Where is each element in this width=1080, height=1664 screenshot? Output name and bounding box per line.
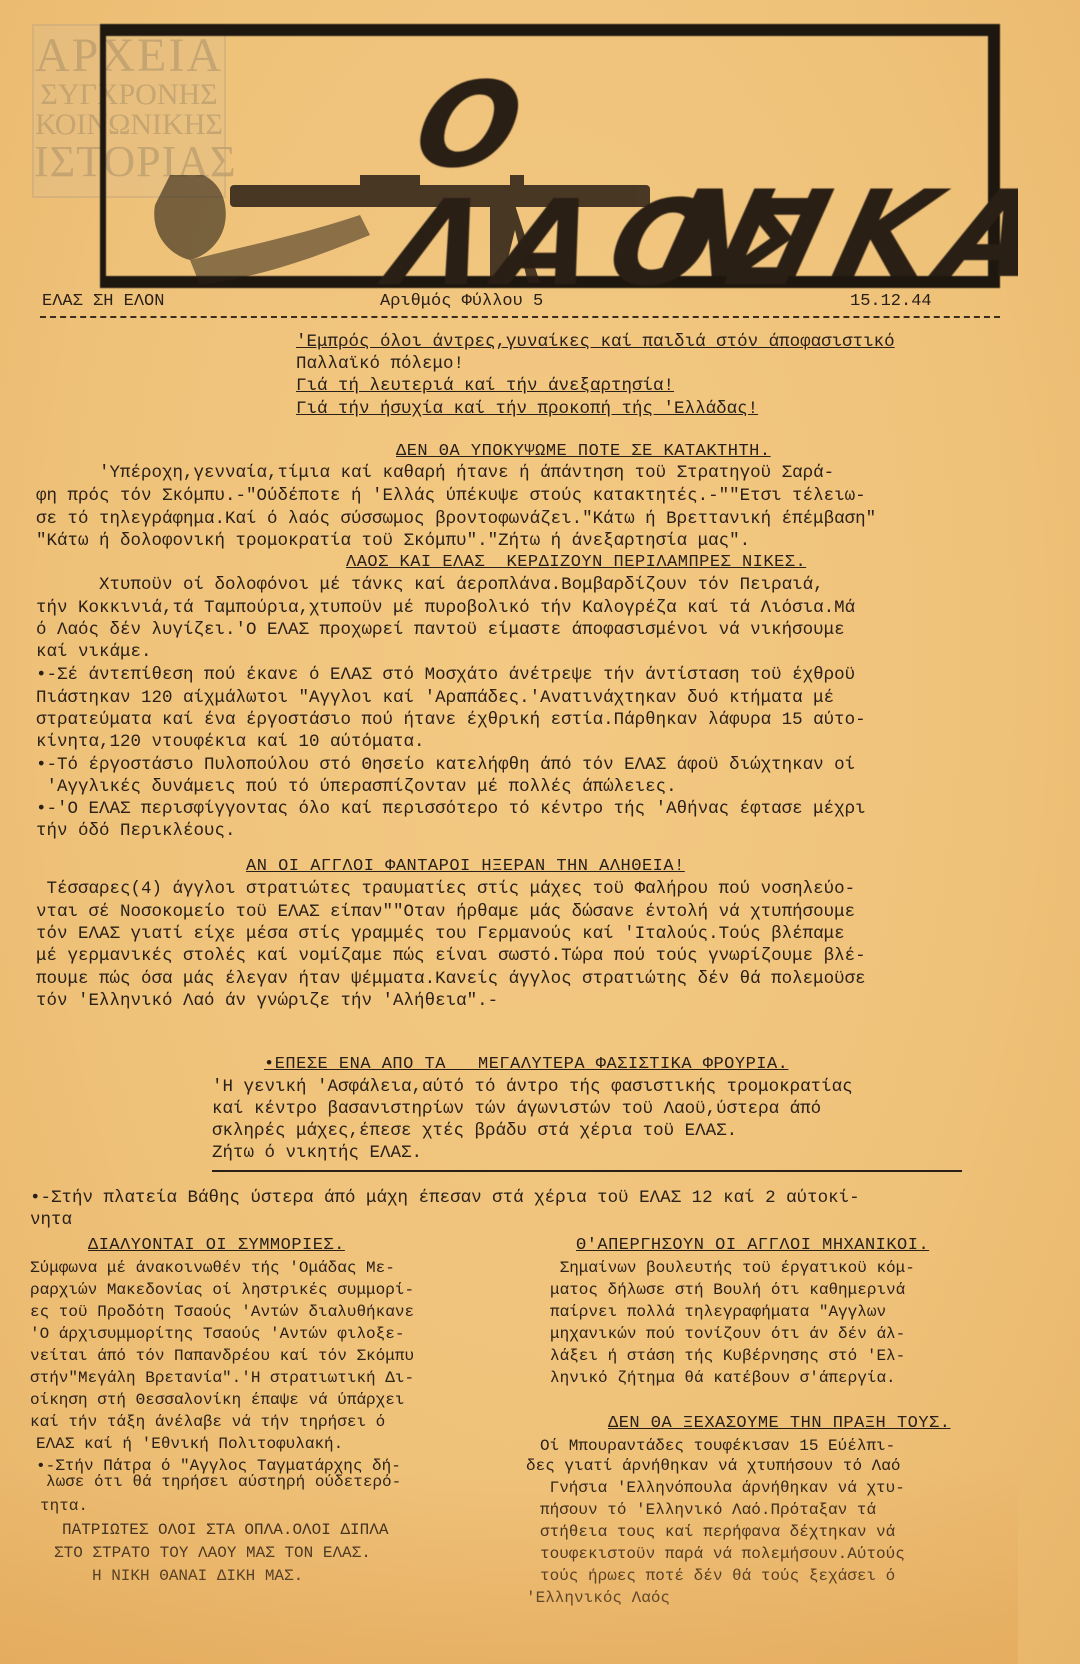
article-line: ΕΛΑΣ καί ή 'Εθνική Πολιτοφυλακή. (36, 1434, 343, 1455)
article-line: σκληρές μάχες,έπεσε χτές βράδυ στά χέρια… (212, 1121, 737, 1142)
soldier-with-machine-gun-illustration (130, 175, 690, 285)
article-line: μηχανικών πού τονίζουν ότι άν δέν άλ- (550, 1324, 905, 1345)
newspaper-page: ΑΡΧΕΙΑ ΣΥΓΧΡΟΝΗΣ ΚΟΙΝΩΝΙΚΗΣ ΙΣΤΟΡΙΑΣ Ο Λ… (0, 0, 1018, 1664)
article-line: Τέσσαρες(4) άγγλοι στρατιώτες τραυματίες… (36, 879, 855, 900)
article-headline: ΔΙΑΛΥΟΝΤΑΙ ΟΙ ΣΥΜΜΟΡΙΕΣ. (88, 1236, 345, 1255)
slogan-line: Γιά τή λευτεριά καί τήν άνεξαρτησία! (296, 376, 674, 397)
article-headline: •ΕΠΕΣΕ ΕΝΑ ΑΠΟ ΤΑ ΜΕΓΑΛΥΤΕΡΑ ΦΑΣΙΣΤΙΚΑ Φ… (264, 1055, 788, 1074)
article-line: 'Υπέροχη,γενναία,τίμια καί καθαρή ήτανε … (36, 463, 834, 484)
article-headline: ΔΕΝ ΘΑ ΥΠΟΚΥΨΩΜΕ ΠΟΤΕ ΣΕ ΚΑΤΑΚΤΗΤΗ. (396, 442, 771, 461)
article-line: •-Σέ άντεπίθεση πού έκανε ό ΕΛΑΣ στό Μοσ… (36, 665, 855, 686)
article-line: ληνικό ζήτημα θά κατέβουν σ'άπεργία. (550, 1368, 896, 1389)
article-line: νείται άπό τόν Παπανδρέου καί τόν Σκόμπυ (30, 1346, 414, 1367)
article-line: 'Η γενική 'Ασφάλεια,αύτό τό άντρο τής φα… (212, 1077, 853, 1098)
article-line: Ζήτω ό νικητής ΕΛΑΣ. (212, 1143, 422, 1164)
article-line: τήν Κοκκινιά,τά Ταμπούρια,χτυποϋν μέ πυρ… (36, 598, 855, 619)
article-line: •-'Ο ΕΛΑΣ περισφίγγοντας όλο καί περισσό… (36, 799, 866, 820)
article-headline: ΛΑΟΣ ΚΑΙ ΕΛΑΣ ΚΕΡΔΙΖΟΥΝ ΠΕΡΙΛΑΜΠΡΕΣ ΝΙΚΕ… (346, 553, 806, 572)
article-line: στήν"Μεγάλη Βρετανία".'Η στρατιωτική Δι- (30, 1368, 414, 1389)
article-line: •-Στήν πλατεία Βάθης ύστερα άπό μάχη έπε… (30, 1188, 860, 1209)
article-line: 'Αγγλικές δυνάμεις πού τό ύπερασπίζονταν… (36, 777, 677, 798)
dateline-edition: ΕΛΑΣ ΣΗ ΕΛΟΝ (42, 292, 164, 311)
article-line: ραρχιών Μακεδονίας οί ληστρικές συμμορί- (30, 1280, 414, 1301)
article-line: πουμε πώς όσα μάς έλεγαν ήταν ψέμματα.Κα… (36, 969, 866, 990)
article-line: ες τοϋ Προδότη Τσαούς 'Αντών διαλυθήκανε (30, 1302, 414, 1323)
article-line: λάξει ή στάση τής Κυβέρνησης στό 'Ελ- (550, 1346, 905, 1367)
article-line: παίρνει πολλά τηλεγραφήματα "Αγγλων (550, 1302, 886, 1323)
section-divider (212, 1170, 962, 1172)
dateline: ΕΛΑΣ ΣΗ ΕΛΟΝ Αριθμός Φύλλου 5 15.12.44 (40, 292, 1000, 318)
article-line: τήν όδό Περικλέους. (36, 821, 236, 842)
slogan-line: Γιά τήν ήσυχία καί τήν προκοπή τής 'Ελλά… (296, 399, 758, 420)
article-line: ό Λαός δέν λυγίζει.'Ο ΕΛΑΣ προχωρεί παντ… (36, 620, 845, 641)
article-line: Χτυποϋν οί δολοφόνοι μέ τάνκς καί άεροπλ… (36, 575, 824, 596)
article-line: "Κάτω ή δολοφονική τρομοκρατία τοϋ Σκόμπ… (36, 531, 750, 552)
article-line: φη πρός τόν Σκόμπυ.-"Ούδέποτε ή 'Ελλάς ύ… (36, 486, 866, 507)
article-line: Οί Μπουραντάδες τουφέκισαν 15 Εύέλπι- (540, 1436, 895, 1457)
article-headline: Θ'ΑΠΕΡΓΗΣΟΥΝ ΟΙ ΑΓΓΛΟΙ ΜΗΧΑΝΙΚΟΙ. (576, 1236, 929, 1255)
article-line: κίνητα,120 ντουφέκια καί 10 αύτόματα. (36, 732, 425, 753)
article-headline: ΔΕΝ ΘΑ ΞΕΧΑΣΟΥΜΕ ΤΗΝ ΠΡΑΞΗ ΤΟΥΣ. (608, 1414, 950, 1433)
article-line: μέ γερμανικές στολές καί νομίζαμε πώς εί… (36, 946, 866, 967)
article-line: Πιάστηκαν 120 αίχμάλωτοι "Αγγλοι καί 'Αρ… (36, 688, 834, 709)
masthead-title-line2: ΝΙΚΑ (651, 176, 1018, 296)
slogan-line: 'Εμπρός όλοι άντρες,γυναίκες καί παιδιά … (296, 332, 895, 353)
issue-date: 15.12.44 (850, 292, 932, 311)
article-line: τόν 'Ελληνικό Λαό άν γνώριζε τήν 'Αλήθει… (36, 991, 498, 1012)
paper-stain (0, 1464, 1018, 1664)
issue-number: Αριθμός Φύλλου 5 (380, 292, 543, 311)
article-line: Σύμφωνα μέ άνακοινωθέν τής 'Ομάδας Με- (30, 1258, 395, 1279)
article-line: σε τό τηλεγράφημα.Καί ό λαός σύσσωμος βρ… (36, 509, 876, 530)
article-line: καί κέντρο βασανιστηρίων τών άγωνιστών τ… (212, 1099, 821, 1120)
article-line: Σημαίνων βουλευτής τοϋ έργατικοϋ κόμ- (550, 1258, 915, 1279)
article-line: νητα (30, 1210, 72, 1231)
article-line: ματος δήλωσε στή Βουλή ότι καθημερινά (550, 1280, 905, 1301)
article-line: 'Ο άρχισυμμορίτης Τσαούς 'Αντών φιλοξε- (30, 1324, 404, 1345)
article-line: τόν ΕΛΑΣ γιατί είχε μέσα στίς γραμμές το… (36, 924, 845, 945)
article-line: καί τήν τάξη άνέλαβε νά τήν τηρήσει ό (30, 1412, 385, 1433)
article-line: •-Τό έργοστάσιο Πυλοπούλου στό Θησείο κα… (36, 755, 855, 776)
article-line: στρατεύματα καί ένα έργοστάσιο πού ήτανε… (36, 710, 866, 731)
article-line: νται σέ Νοσοκομείο τοϋ ΕΛΑΣ είπαν""Οταν … (36, 902, 855, 923)
article-line: οίκηση στή Θεσσαλονίκη έπαψε νά ύπάρχει (30, 1390, 404, 1411)
article-line: καί νικάμε. (36, 642, 152, 663)
article-headline: ΑΝ ΟΙ ΑΓΓΛΟΙ ΦΑΝΤΑΡΟΙ ΗΞΕΡΑΝ ΤΗΝ ΑΛΗΘΕΙΑ… (246, 857, 685, 876)
slogan-line: Παλλαϊκό πόλεμο! (296, 354, 464, 375)
